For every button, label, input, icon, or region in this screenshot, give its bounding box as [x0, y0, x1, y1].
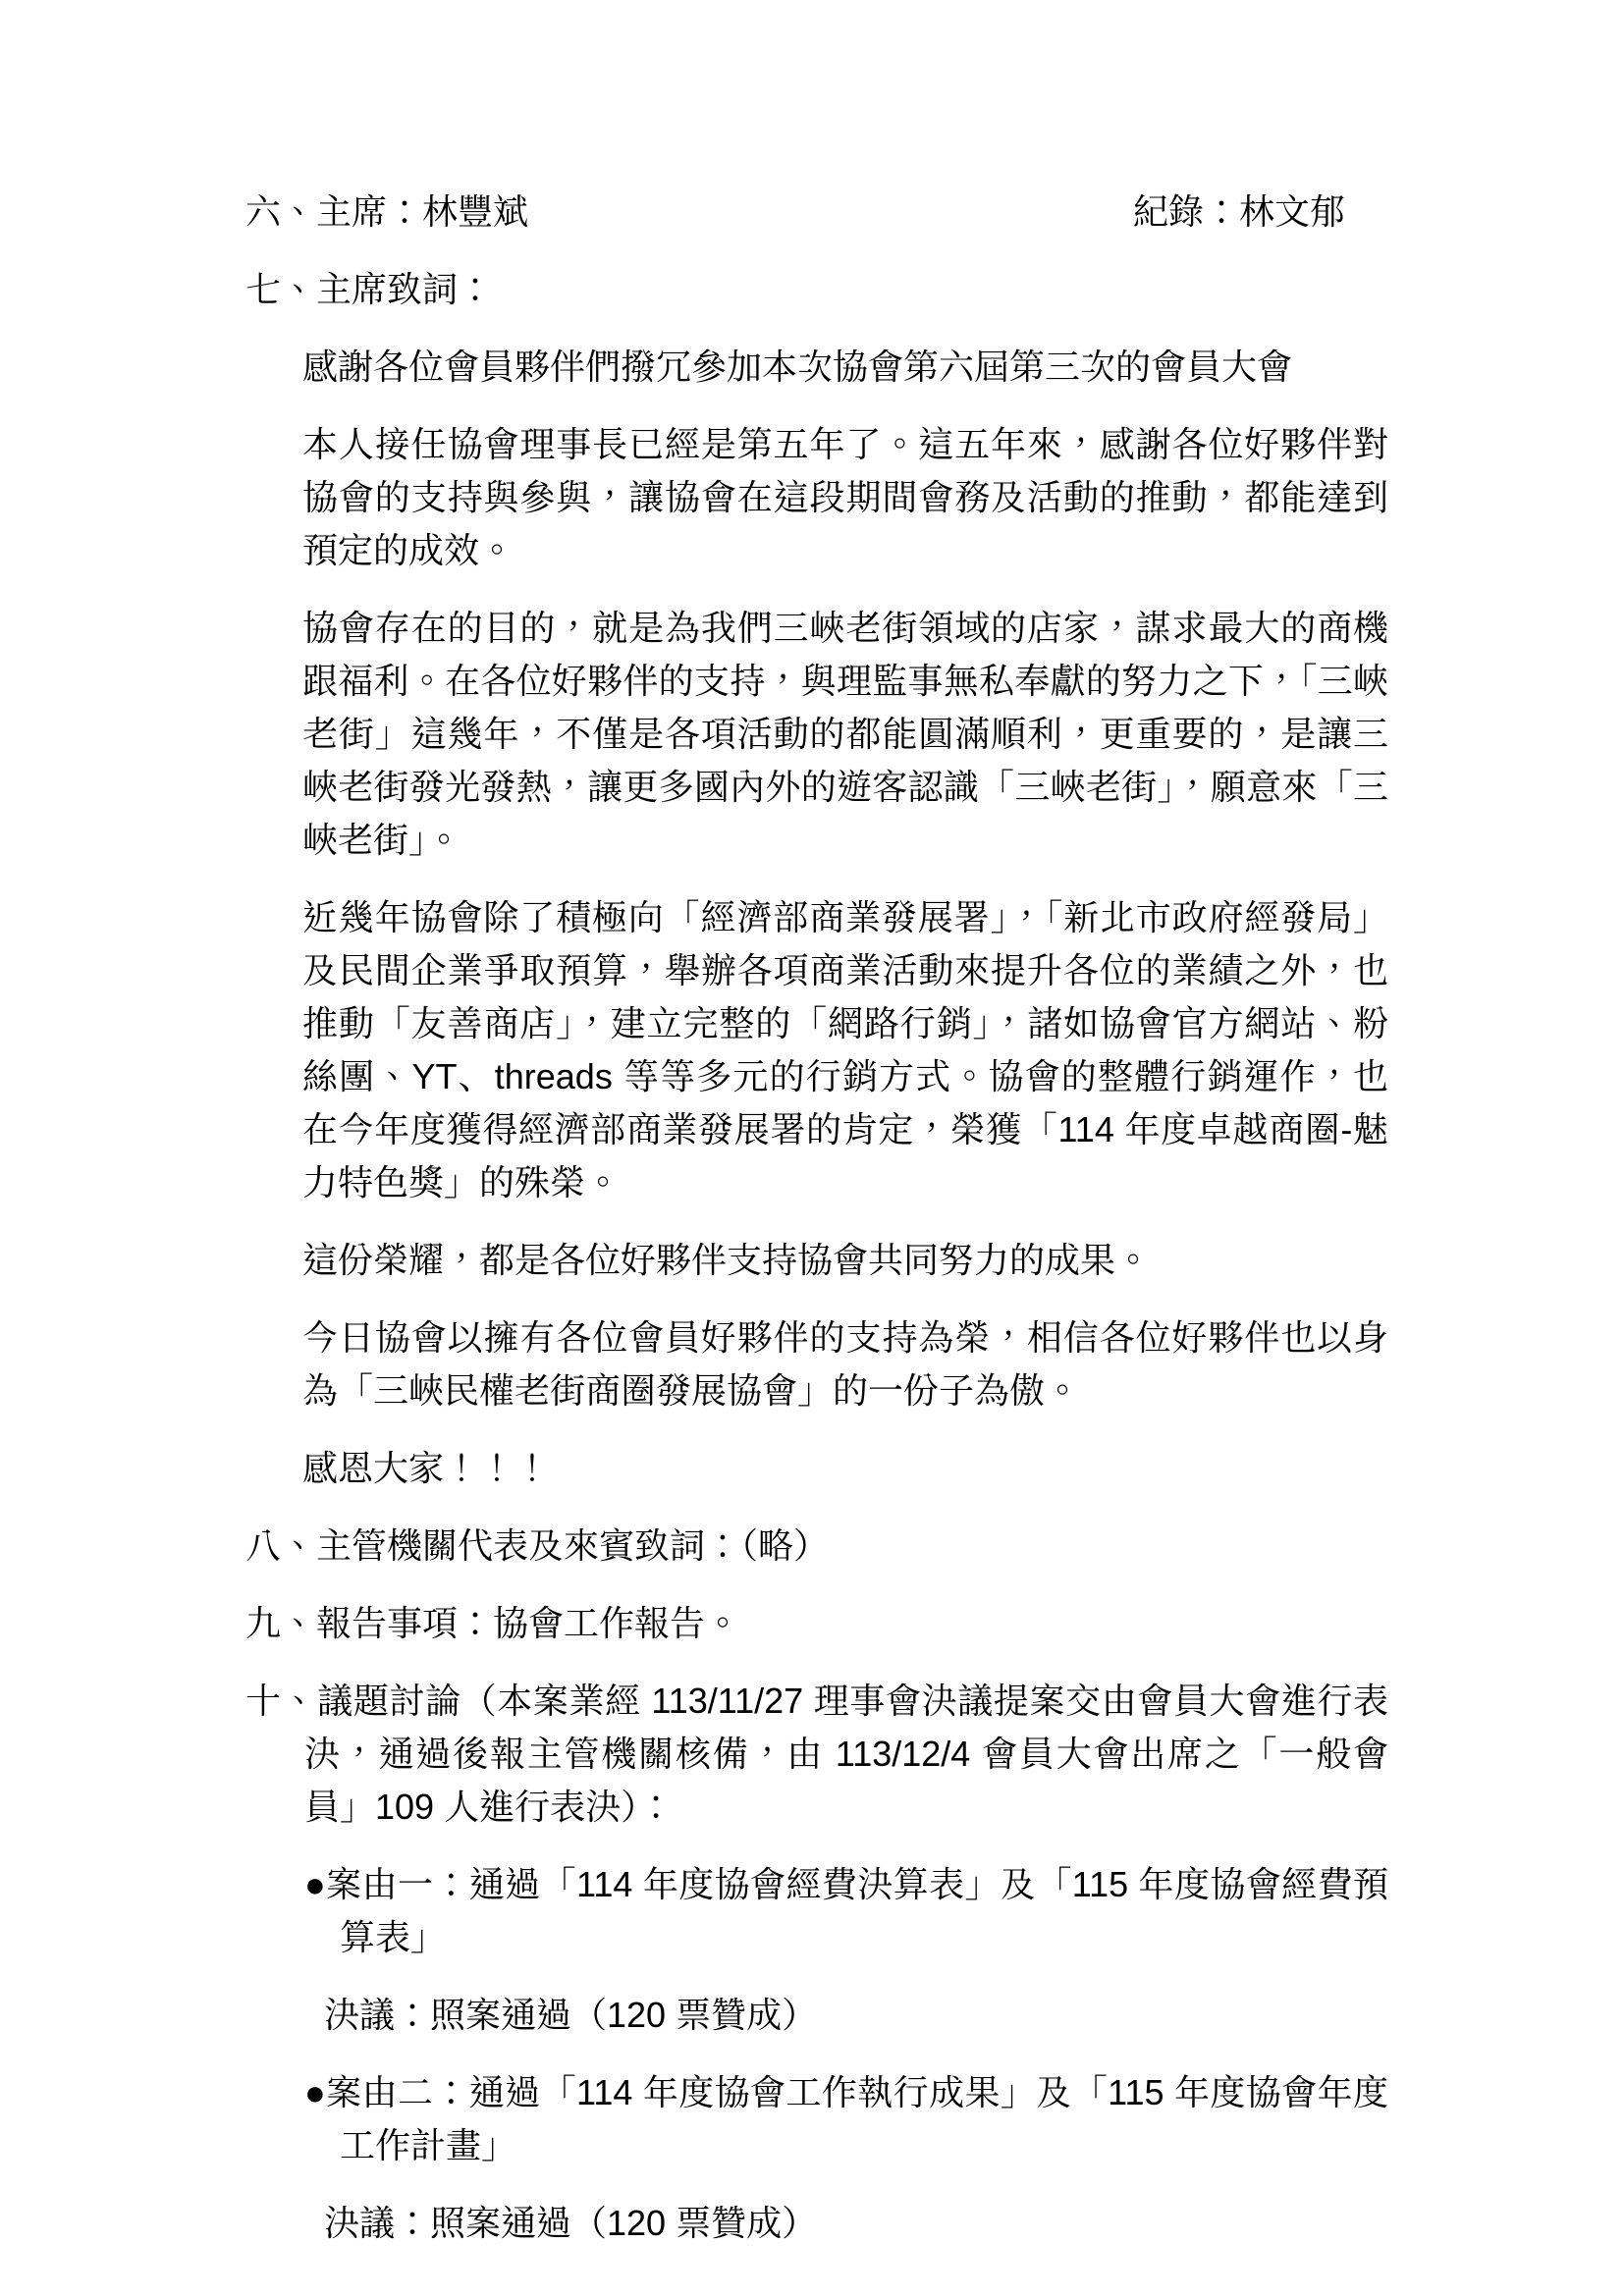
bullet-icon: ●	[304, 1864, 326, 1904]
chairman-label: 六、主席：林豐斌	[245, 186, 528, 239]
speech-paragraph-honor: 這份榮耀，都是各位好夥伴支持協會共同努力的成果。	[302, 1234, 1388, 1287]
speech-paragraph-purpose: 協會存在的目的，就是為我們三峽老街領域的店家，謀求最大的商機跟福利。在各位好夥伴…	[302, 602, 1388, 867]
recorder-label: 紀錄：林文郁	[1133, 186, 1345, 239]
item-nine-report-matters: 九、報告事項：協會工作報告。	[245, 1597, 1388, 1650]
bullet-icon: ●	[304, 2072, 326, 2112]
case-1-text: 案由一：通過「114 年度協會經費決算表」及「115 年度協會經費預算表」	[326, 1864, 1388, 1957]
speech-paragraph-pride: 今日協會以擁有各位會員好夥伴的支持為榮，相信各位好夥伴也以身為「三峽民權老街商圈…	[302, 1311, 1388, 1417]
item-seven-chairman-speech-heading: 七、主席致詞：	[245, 263, 1388, 316]
speech-paragraph-marketing: 近幾年協會除了積極向「經濟部商業發展署」，「新北市政府經發局」及民間企業爭取預算…	[302, 891, 1388, 1209]
speech-paragraph-thanks: 感恩大家！！！	[302, 1442, 1388, 1495]
case-item-1: ●案由一：通過「114 年度協會經費決算表」及「115 年度協會經費預算表」	[304, 1858, 1388, 1964]
resolution-1: 決議：照案通過（120 票贊成）	[324, 1989, 1388, 2042]
speech-paragraph-tenure: 本人接任協會理事長已經是第五年了。這五年來，感謝各位好夥伴對協會的支持與參與，讓…	[302, 418, 1388, 577]
speech-paragraph-greeting: 感謝各位會員夥伴們撥冗參加本次協會第六屆第三次的會員大會	[302, 341, 1388, 394]
item-ten-discussion-topics: 十、議題討論（本案業經 113/11/27 理事會決議提案交由會員大會進行表決，…	[245, 1675, 1388, 1834]
resolution-2: 決議：照案通過（120 票贊成）	[324, 2197, 1388, 2250]
document-page: 六、主席：林豐斌 紀錄：林文郁 七、主席致詞： 感謝各位會員夥伴們撥冗參加本次協…	[0, 0, 1624, 2296]
item-eight-guest-speeches: 八、主管機關代表及來賓致詞：（略）	[245, 1520, 1388, 1573]
case-2-text: 案由二：通過「114 年度協會工作執行成果」及「115 年度協會年度工作計畫」	[326, 2072, 1388, 2165]
chairman-recorder-line: 六、主席：林豐斌 紀錄：林文郁	[245, 186, 1388, 239]
case-item-2: ●案由二：通過「114 年度協會工作執行成果」及「115 年度協會年度工作計畫」	[304, 2066, 1388, 2172]
